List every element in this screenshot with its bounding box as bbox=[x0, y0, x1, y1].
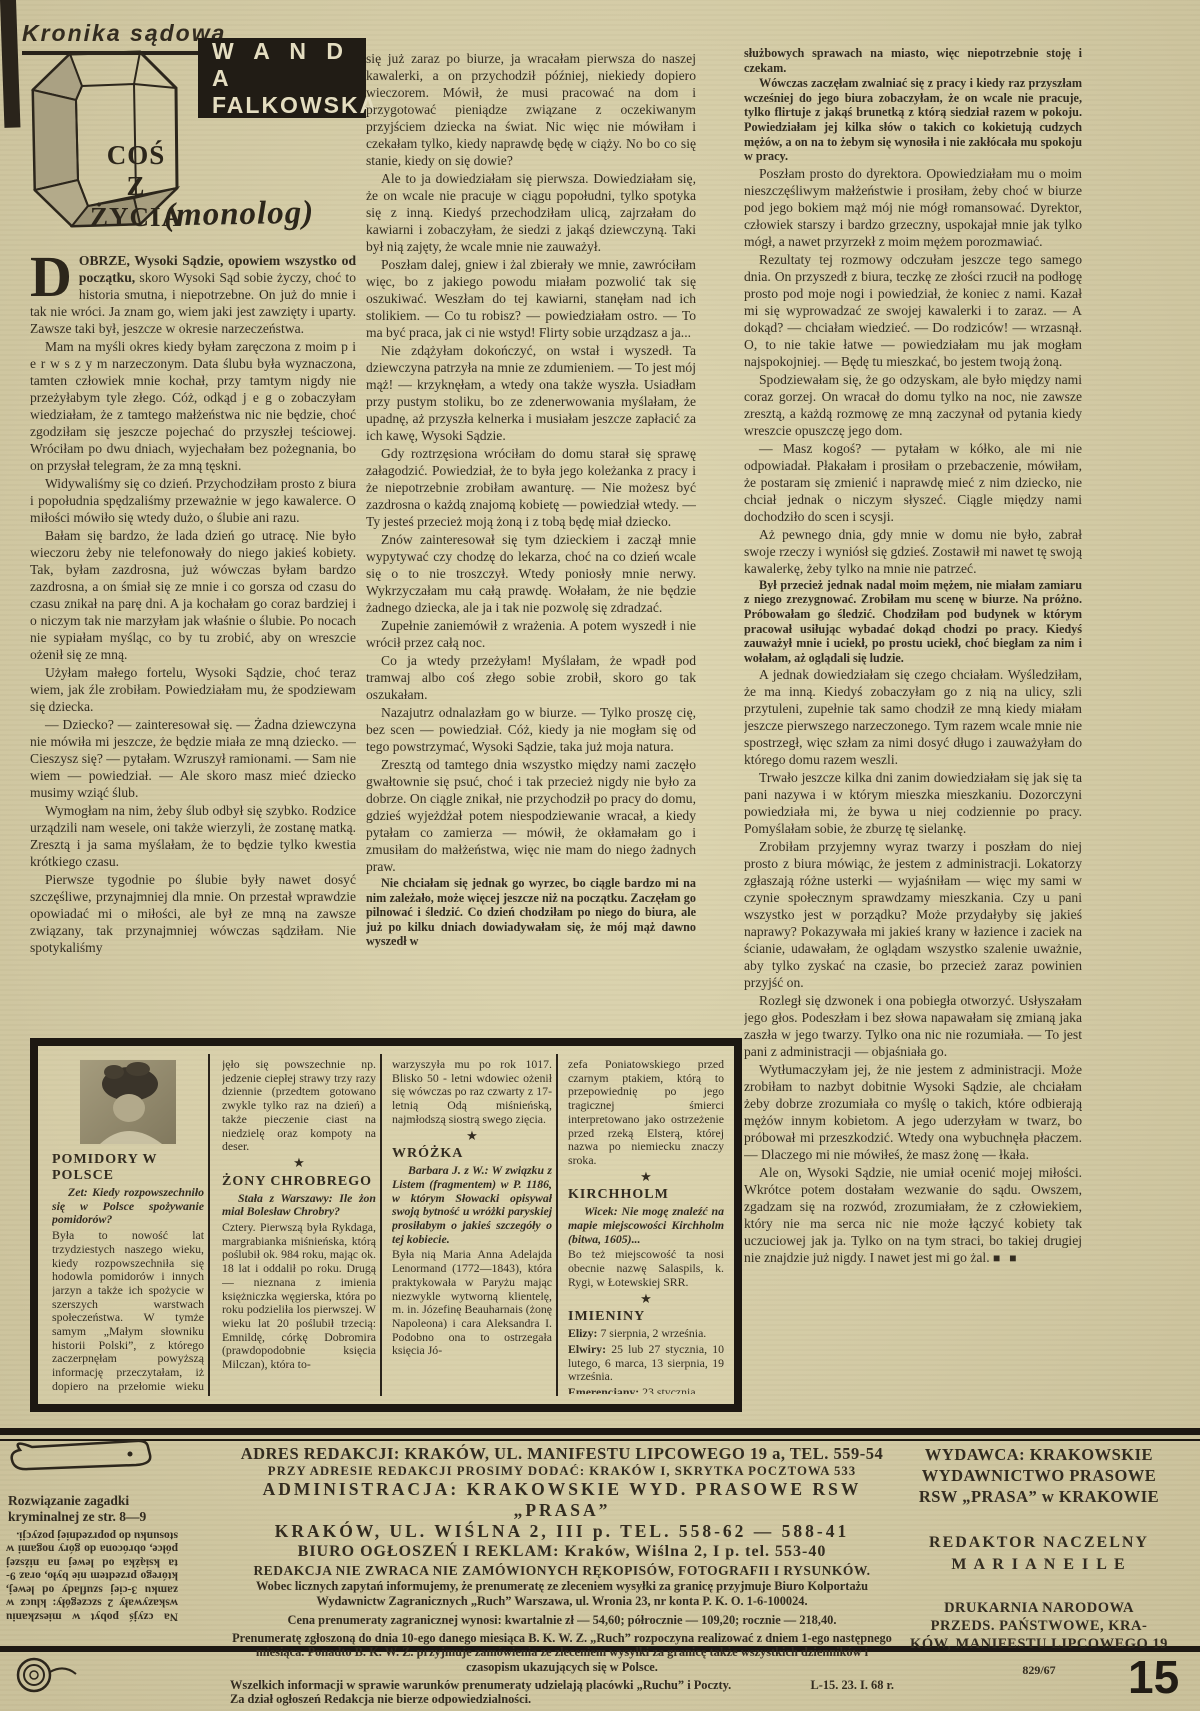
qa-column-pomidory: POMIDORY W POLSCE Zet: Kiedy rozpowszech… bbox=[52, 1058, 204, 1394]
scan-edge-artifact bbox=[0, 0, 20, 128]
story-paragraph: Nie zdążyłam dokończyć, on wstał i wysze… bbox=[366, 342, 696, 444]
publisher-line: WYDAWCA: KRAKOWSKIE bbox=[908, 1444, 1170, 1465]
end-of-article-mark: ■ ■ bbox=[993, 1251, 1020, 1265]
imprint-administration-address: KRAKÓW, UL. WIŚLNA 2, III p. TEL. 558-62… bbox=[230, 1521, 894, 1542]
qa-heading-imieniny: IMIENINY bbox=[568, 1309, 724, 1325]
nameday-dates: 23 stycznia. bbox=[639, 1385, 698, 1394]
imprint-ads-office: BIURO OGŁOSZEŃ I REKLAM: Kraków, Wiślna … bbox=[230, 1542, 894, 1562]
article-subtitle: (monolog) bbox=[164, 195, 315, 235]
author-last-name: FALKOWSKA bbox=[212, 92, 366, 119]
star-separator: ★ bbox=[568, 1170, 724, 1184]
qa-heading-zony: ŻONY CHROBREGO bbox=[222, 1174, 376, 1190]
story-paragraph: Poszłam prosto do dyrektora. Opowiedział… bbox=[744, 165, 1082, 250]
story-paragraph: Spodziewałam się, że go odzyskam, ale by… bbox=[744, 371, 1082, 439]
qa-column-zony: jęło się powszechnie np. jedzenie ciepłe… bbox=[222, 1058, 376, 1394]
author-nameplate: W A N D A FALKOWSKA bbox=[198, 38, 366, 118]
story-paragraph: Wytłumaczyłam jej, że nie jestem z admin… bbox=[744, 1061, 1082, 1163]
editor-in-chief-label: REDAKTOR NACZELNY bbox=[908, 1533, 1170, 1553]
qa-answer: Była nią Maria Anna Adelajda Lenormand (… bbox=[392, 1248, 552, 1358]
qa-answer-continued: jęło się powszechnie np. jedzenie ciepłe… bbox=[222, 1058, 376, 1154]
imprint-info: Wszelkich informacji w sprawie warunków … bbox=[230, 1678, 748, 1707]
story-paragraph: Aż pewnego dnia, gdy mnie w domu nie był… bbox=[744, 526, 1082, 577]
column-divider bbox=[380, 1054, 382, 1396]
publisher-line: RSW „PRASA” w KRAKOWIE bbox=[908, 1486, 1170, 1507]
column-divider bbox=[556, 1054, 558, 1396]
story-paragraph: Zupełnie zaniemówił z wrażenia. A potem … bbox=[366, 617, 696, 651]
footer-rule-thick bbox=[0, 1428, 1200, 1435]
nameday-name: Elizy: bbox=[568, 1326, 598, 1340]
story-paragraph: Trwało jeszcze kilka dni zanim dowiedzia… bbox=[744, 769, 1082, 837]
qa-answer: Bo też miejscowość ta nosi obecnie nazwę… bbox=[568, 1248, 724, 1289]
story-paragraph: się już zaraz po biurze, ja wracałam pie… bbox=[366, 50, 696, 169]
story-paragraph: Użyłam małego fortelu, Wysoki Sądzie, ch… bbox=[30, 664, 356, 715]
imprint-price: Cena prenumeraty zagranicznej wynosi: kw… bbox=[230, 1613, 894, 1628]
story-paragraph: Poszłam dalej, gniew i żal zbierały we m… bbox=[366, 256, 696, 341]
namedays-entry: Elwiry: 25 lub 27 stycznia, 10 lutego, 6… bbox=[568, 1343, 724, 1384]
qa-heading-kirchholm: KIRCHHOLM bbox=[568, 1187, 724, 1203]
qa-column-wrozka: warzyszyła mu po rok 1017. Blisko 50 - l… bbox=[392, 1058, 552, 1394]
puzzle-solution-heading: Rozwiązanie zagadki kryminalnej ze str. … bbox=[8, 1493, 178, 1524]
publisher-line: WYDAWNICTWO PRASOWE bbox=[908, 1465, 1170, 1486]
story-paragraph: Znów zainteresował się tym dzieckiem i z… bbox=[366, 531, 696, 616]
qa-question: Barbara J. z W.: W związku z Listem (fra… bbox=[392, 1164, 552, 1246]
star-separator: ★ bbox=[568, 1292, 724, 1306]
imprint-block: ADRES REDAKCJI: KRAKÓW, UL. MANIFESTU LI… bbox=[230, 1444, 894, 1707]
page-number: 15 bbox=[1128, 1650, 1179, 1704]
qa-heading-wrozka: WRÓŻKA bbox=[392, 1146, 552, 1162]
gem-logo: COŚ Z ŻYCIA bbox=[30, 48, 180, 230]
logo-line-1: COŚ bbox=[88, 140, 184, 171]
author-first-name: W A N D A bbox=[212, 38, 366, 92]
qa-question: Stała z Warszawy: Ile żon miał Bolesław … bbox=[222, 1192, 376, 1219]
story-paragraph: Rezultaty tej rozmowy odczułam jeszcze t… bbox=[744, 251, 1082, 370]
puzzle-solution-text-upside-down: Na czyjś pobyt w mieszkaniu wskazywały 2… bbox=[6, 1528, 178, 1623]
story-paragraph: Zresztą od tamtego dnia wszystko między … bbox=[366, 756, 696, 875]
story-paragraph-petit: Wówczas zaczęłam zwalniać się z pracy i … bbox=[744, 76, 1082, 164]
printer-line: PRZEDS. PAŃSTWOWE, KRA- bbox=[908, 1617, 1170, 1635]
imprint-subscription-note: Wobec licznych zapytań informujemy, że p… bbox=[230, 1579, 894, 1608]
nameday-name: Emerencjany: bbox=[568, 1385, 639, 1394]
qa-answer-continued: warzyszyła mu po rok 1017. Blisko 50 - l… bbox=[392, 1058, 552, 1127]
story-paragraph: — Masz kogoś? — pytałam w kółko, ale mi … bbox=[744, 440, 1082, 525]
namedays-entry: Elizy: 7 sierpnia, 2 września. bbox=[568, 1327, 724, 1341]
portrait-photo bbox=[80, 1060, 176, 1144]
imprint-print-code: L-15. 23. I. 68 r. bbox=[810, 1678, 894, 1707]
story-column-3: służbowych sprawach na miasto, więc niep… bbox=[744, 46, 1082, 1428]
imprint-subscription-terms: Prenumeratę zgłoszoną do dnia 10-ego dan… bbox=[230, 1631, 894, 1675]
printer-line: DRUKARNIA NARODOWA bbox=[908, 1599, 1170, 1617]
story-paragraph: Pierwsze tygodnie po ślubie były nawet d… bbox=[30, 871, 356, 956]
story-paragraph: Ale on, Wysoki Sądzie, nie umiał ocenić … bbox=[744, 1164, 1082, 1267]
imprint-info-row: Wszelkich informacji w sprawie warunków … bbox=[230, 1678, 894, 1707]
story-paragraph: Ale to ja dowiedziałam się pierwsza. Dow… bbox=[366, 170, 696, 255]
qa-question: Wicek: Nie mogę znaleźć na mapie miejsco… bbox=[568, 1205, 724, 1246]
imprint-manuscripts-note: REDAKCJA NIE ZWRACA NIE ZAMÓWIONYCH RĘKO… bbox=[230, 1562, 894, 1579]
star-separator: ★ bbox=[392, 1129, 552, 1143]
star-separator: ★ bbox=[222, 1156, 376, 1170]
newspaper-page: Kronika sądowa COŚ Z ŻYCIA W A N D A FAL… bbox=[0, 0, 1200, 1711]
story-paragraph: Gdy roztrzęsiona wróciłam do domu starał… bbox=[366, 445, 696, 530]
story-paragraph: A jednak dowiedziałam się czego chciałam… bbox=[744, 666, 1082, 768]
footer-rule-thin bbox=[0, 1439, 1200, 1441]
namedays-entry: Emerencjany: 23 stycznia. bbox=[568, 1386, 724, 1394]
drop-cap: D bbox=[30, 252, 79, 300]
qa-question: Zet: Kiedy rozpowszechniło się w Polsce … bbox=[52, 1186, 204, 1227]
publisher-block: WYDAWCA: KRAKOWSKIE WYDAWNICTWO PRASOWE … bbox=[908, 1444, 1170, 1678]
qa-answer: Była to nowość lat trzydziestych naszego… bbox=[52, 1229, 204, 1394]
story-paragraph: DOBRZE, Wysoki Sądzie, opowiem wszystko … bbox=[30, 252, 356, 337]
nameday-dates: 7 sierpnia, 2 września. bbox=[598, 1326, 707, 1340]
editor-in-chief-name: M A R I A N E I L E bbox=[908, 1555, 1170, 1575]
story-paragraph: Nazajutrz odnalazłam go w biurze. — Tylk… bbox=[366, 704, 696, 755]
story-paragraph-petit: Był przecież jednak nadal moim mężem, ni… bbox=[744, 578, 1082, 666]
story-paragraph-petit: służbowych sprawach na miasto, więc niep… bbox=[744, 46, 1082, 75]
pipe-sketch-icon bbox=[6, 1432, 166, 1484]
story-paragraph: Bałam się bardzo, że lada dzień go utrac… bbox=[30, 527, 356, 663]
monocle-sketch-icon bbox=[10, 1650, 80, 1700]
qa-heading-pomidory: POMIDORY W POLSCE bbox=[52, 1152, 204, 1184]
story-column-1: DOBRZE, Wysoki Sądzie, opowiem wszystko … bbox=[30, 252, 356, 1034]
puzzle-solution-block: Rozwiązanie zagadki kryminalnej ze str. … bbox=[6, 1432, 178, 1646]
story-paragraph: Rozległ się dzwonek i ona pobiegła otwor… bbox=[744, 992, 1082, 1060]
qa-answer: Cztery. Pierwszą była Rykdaga, margrabia… bbox=[222, 1221, 376, 1372]
imprint-address: ADRES REDAKCJI: KRAKÓW, UL. MANIFESTU LI… bbox=[230, 1444, 894, 1463]
story-final-text: Ale on, Wysoki Sądzie, nie umiał ocenić … bbox=[744, 1165, 1082, 1265]
qa-answer-continued: zefa Poniatowskiego przed czarnym ptakie… bbox=[568, 1058, 724, 1168]
story-column-2: się już zaraz po biurze, ja wracałam pie… bbox=[366, 50, 696, 1016]
story-paragraph: Co ja wtedy przeżyłam! Myślałam, że wpad… bbox=[366, 652, 696, 703]
story-paragraph: — Dziecko? — zainteresował się. — Żadna … bbox=[30, 716, 356, 801]
imprint-address-extra: PRZY ADRESIE REDAKCJI PROSIMY DODAĆ: KRA… bbox=[230, 1463, 894, 1479]
story-paragraph: Widywaliśmy się co dzień. Przychodziłam … bbox=[30, 475, 356, 526]
story-paragraph: Zrobiłam przyjemny wyraz twarzy i poszła… bbox=[744, 838, 1082, 991]
qa-column-kirchholm-imieniny: zefa Poniatowskiego przed czarnym ptakie… bbox=[568, 1058, 724, 1394]
qa-feature-box: POMIDORY W POLSCE Zet: Kiedy rozpowszech… bbox=[30, 1038, 742, 1412]
story-paragraph-petit: Nie chciałam się jednak go wyrzec, bo ci… bbox=[366, 876, 696, 949]
imprint-administration: ADMINISTRACJA: KRAKOWSKIE WYD. PRASOWE R… bbox=[230, 1479, 894, 1521]
column-divider bbox=[208, 1054, 210, 1396]
story-paragraph: Mam na myśli okres kiedy byłam zaręczona… bbox=[30, 338, 356, 474]
story-paragraph: Wymogłam na nim, żeby ślub odbył się szy… bbox=[30, 802, 356, 870]
nameday-name: Elwiry: bbox=[568, 1342, 606, 1356]
